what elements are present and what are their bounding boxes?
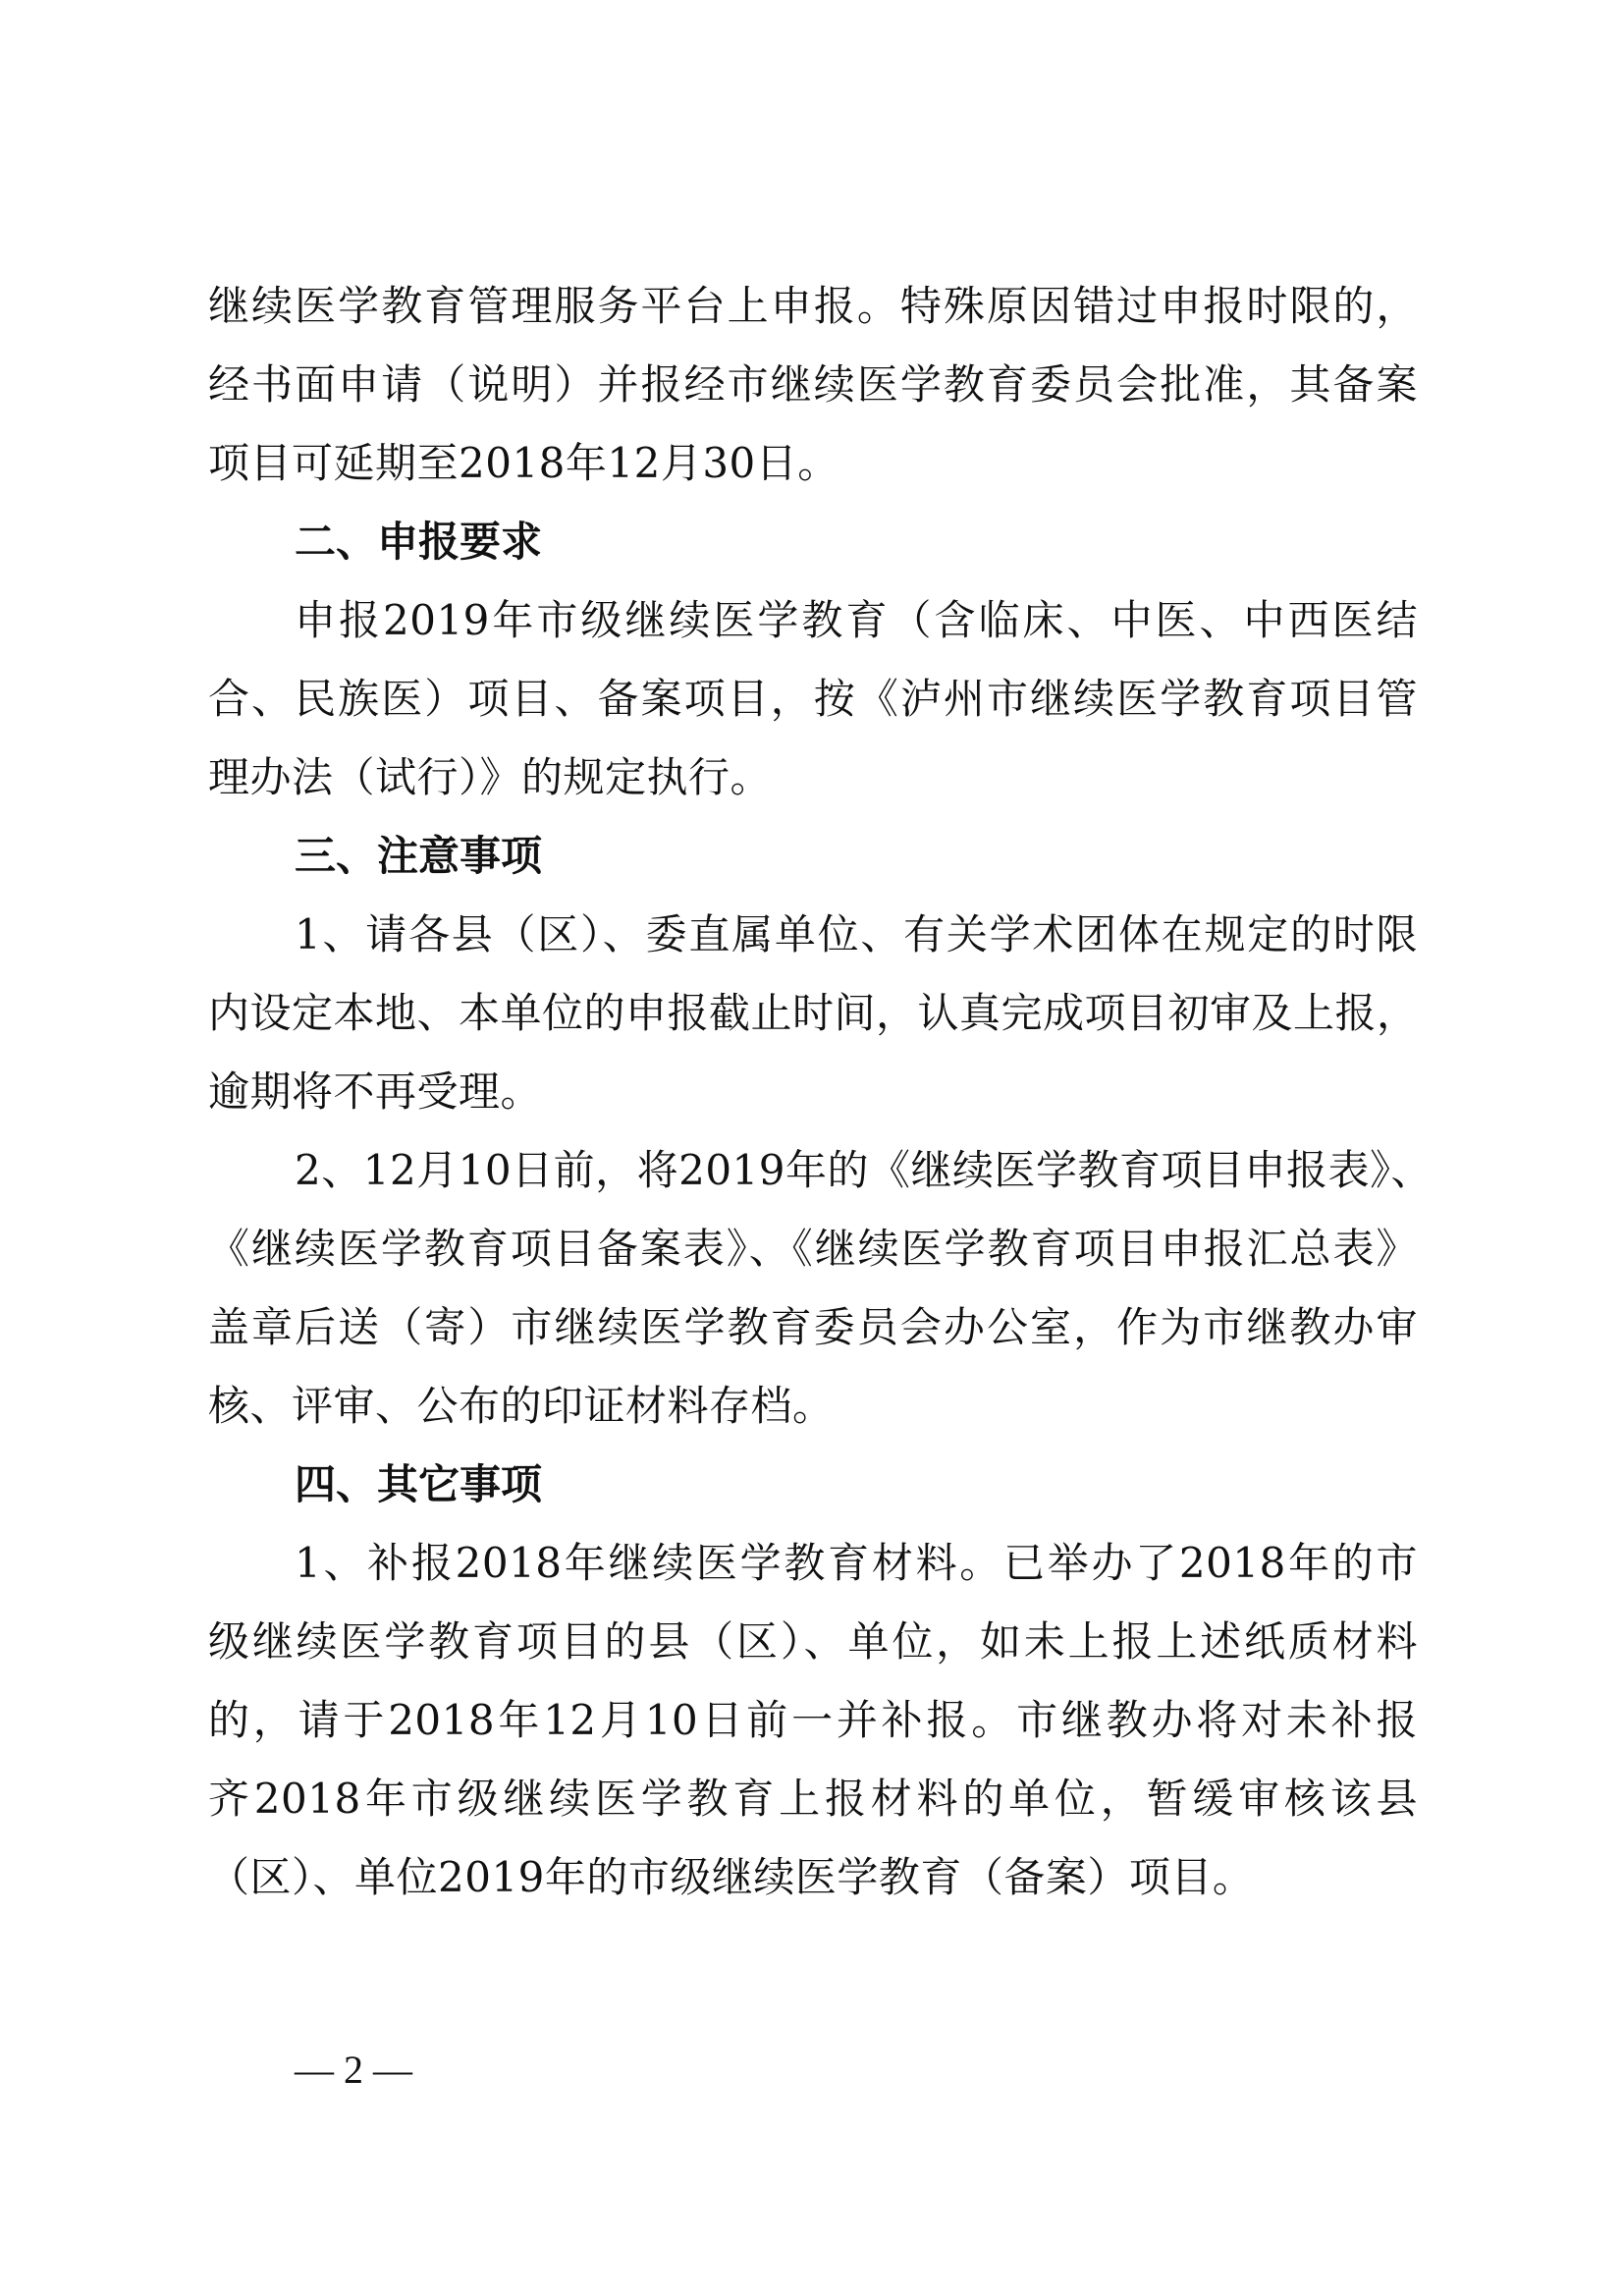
section-notes: 三、注意事项 1、请各县（区）、委直属单位、有关学术团体在规定的时限 内设定本地… <box>208 817 1418 1446</box>
paragraph: 申报2019年市级继续医学教育（含临床、中医、中西医结 合、民族医）项目、备案项… <box>208 581 1418 817</box>
paragraph-continuation: 继续医学教育管理服务平台上申报。特殊原因错过申报时限的， 经书面申请（说明）并报… <box>208 267 1418 503</box>
text-line: 的，请于2018年12月10日前一并补报。市继教办将对未补报 <box>208 1681 1418 1760</box>
section-application-requirements: 二、申报要求 申报2019年市级继续医学教育（含临床、中医、中西医结 合、民族医… <box>208 503 1418 817</box>
paragraph: 1、请各县（区）、委直属单位、有关学术团体在规定的时限 内设定本地、本单位的申报… <box>208 896 1418 1131</box>
text-line: 申报2019年市级继续医学教育（含临床、中医、中西医结 <box>208 581 1418 660</box>
text-line: 核、评审、公布的印证材料存档。 <box>208 1367 1418 1446</box>
text-line: 1、请各县（区）、委直属单位、有关学术团体在规定的时限 <box>208 896 1418 974</box>
text-line: 合、民族医）项目、备案项目，按《泸州市继续医学教育项目管 <box>208 660 1418 738</box>
paragraph: 1、补报2018年继续医学教育材料。已举办了2018年的市 级继续医学教育项目的… <box>208 1524 1418 1917</box>
page-number: — 2 — <box>295 2041 412 2100</box>
section-heading: 三、注意事项 <box>208 817 1418 896</box>
text-line: 盖章后送（寄）市继续医学教育委员会办公室，作为市继教办审 <box>208 1288 1418 1367</box>
text-line: 级继续医学教育项目的县（区）、单位，如未上报上述纸质材料 <box>208 1603 1418 1681</box>
text-line: 经书面申请（说明）并报经市继续医学教育委员会批准，其备案 <box>208 346 1418 424</box>
document-page: 继续医学教育管理服务平台上申报。特殊原因错过申报时限的， 经书面申请（说明）并报… <box>208 267 1418 1917</box>
text-line: 齐2018年市级继续医学教育上报材料的单位，暂缓审核该县 <box>208 1760 1418 1838</box>
text-line: 理办法（试行）》的规定执行。 <box>208 738 1418 817</box>
text-line: 逾期将不再受理。 <box>208 1053 1418 1131</box>
text-line: 内设定本地、本单位的申报截止时间，认真完成项目初审及上报， <box>208 974 1418 1053</box>
text-line: 项目可延期至2018年12月30日。 <box>208 424 1418 503</box>
text-line: （区）、单位2019年的市级继续医学教育（备案）项目。 <box>208 1838 1418 1917</box>
text-line: 《继续医学教育项目备案表》、《继续医学教育项目申报汇总表》 <box>208 1210 1418 1288</box>
section-heading: 二、申报要求 <box>208 503 1418 581</box>
text-line: 1、补报2018年继续医学教育材料。已举办了2018年的市 <box>208 1524 1418 1603</box>
section-heading: 四、其它事项 <box>208 1446 1418 1524</box>
section-other-matters: 四、其它事项 1、补报2018年继续医学教育材料。已举办了2018年的市 级继续… <box>208 1446 1418 1917</box>
text-line: 继续医学教育管理服务平台上申报。特殊原因错过申报时限的， <box>208 267 1418 346</box>
paragraph: 2、12月10日前，将2019年的《继续医学教育项目申报表》、 《继续医学教育项… <box>208 1131 1418 1446</box>
text-line: 2、12月10日前，将2019年的《继续医学教育项目申报表》、 <box>208 1131 1418 1210</box>
